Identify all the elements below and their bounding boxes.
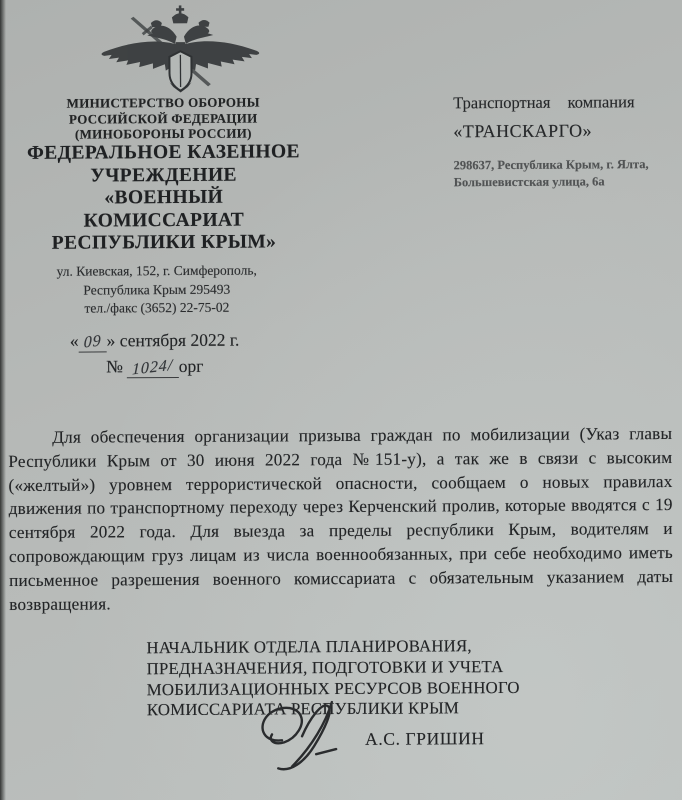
institution-header: ФЕДЕРАЛЬНОЕ КАЗЕННОЕ УЧРЕЖДЕНИЕ «ВОЕННЫЙ… bbox=[13, 141, 314, 255]
handwritten-signature-icon bbox=[252, 696, 380, 773]
recipient-company-name: «ТРАНСКАРГО» bbox=[453, 120, 675, 142]
ministry-line: РОССИЙСКОЙ ФЕДЕРАЦИИ bbox=[13, 110, 313, 127]
number-suffix: орг bbox=[179, 356, 204, 376]
scanned-letter-page: МИНИСТЕРСТВО ОБОРОНЫ РОССИЙСКОЙ ФЕДЕРАЦИ… bbox=[0, 0, 682, 800]
institution-line: «ВОЕННЫЙ bbox=[14, 186, 314, 210]
letter-body-paragraph: Для обеспечения организации призыва граж… bbox=[8, 422, 673, 616]
ministry-header: МИНИСТЕРСТВО ОБОРОНЫ РОССИЙСКОЙ ФЕДЕРАЦИ… bbox=[13, 94, 313, 142]
sender-address: ул. Киевская, 152, г. Симферополь, Респу… bbox=[29, 261, 284, 318]
recipient-address: 298637, Республика Крым, г. Ялта, Больше… bbox=[454, 156, 676, 191]
date-and-number-block: «09» сентября 2022 г. № 1024/орг bbox=[35, 329, 275, 378]
number-line: № 1024/орг bbox=[35, 355, 275, 378]
handwritten-number: 1024/ bbox=[132, 357, 174, 380]
signatory-title-line: НАЧАЛЬНИК ОТДЕЛА ПЛАНИРОВАНИЯ, bbox=[146, 635, 596, 659]
date-rest: » сентября 2022 г. bbox=[107, 330, 240, 351]
date-open-quote: « bbox=[70, 331, 79, 351]
date-line: «09» сентября 2022 г. bbox=[35, 329, 275, 352]
sender-address-line: Республика Крым 295493 bbox=[29, 280, 284, 300]
mod-eagle-emblem-icon bbox=[98, 4, 264, 93]
sender-address-line: ул. Киевская, 152, г. Симферополь, bbox=[29, 261, 284, 281]
institution-line: УЧРЕЖДЕНИЕ bbox=[14, 164, 314, 188]
institution-line: ФЕДЕРАЛЬНОЕ КАЗЕННОЕ bbox=[13, 141, 313, 165]
ministry-line: МИНИСТЕРСТВО ОБОРОНЫ bbox=[13, 94, 313, 111]
recipient-address-line: 298637, Республика Крым, г. Ялта, bbox=[454, 156, 676, 174]
number-prefix: № bbox=[106, 356, 127, 376]
recipient-address-line: Большевистская улица, 6а bbox=[454, 173, 676, 191]
recipient-block: Транспортная компания «ТРАНСКАРГО» 29863… bbox=[453, 92, 676, 191]
handwritten-day: 09 bbox=[83, 332, 101, 352]
institution-line: КОМИССАРИАТ bbox=[14, 209, 314, 233]
signatory-title-line: ПРЕДНАЗНАЧЕНИЯ, ПОДГОТОВКИ И УЧЕТА bbox=[147, 656, 597, 680]
institution-line: РЕСПУБЛИКИ КРЫМ» bbox=[14, 231, 314, 255]
ministry-line: (МИНОБОРОНЫ РОССИИ) bbox=[13, 125, 313, 142]
sender-address-line: тел./факс (3652) 22-75-02 bbox=[29, 298, 284, 318]
recipient-company-line: Транспортная компания bbox=[453, 92, 675, 113]
letter-content: МИНИСТЕРСТВО ОБОРОНЫ РОССИЙСКОЙ ФЕДЕРАЦИ… bbox=[0, 0, 682, 800]
signatory-name: А.С. ГРИШИН bbox=[365, 728, 485, 750]
